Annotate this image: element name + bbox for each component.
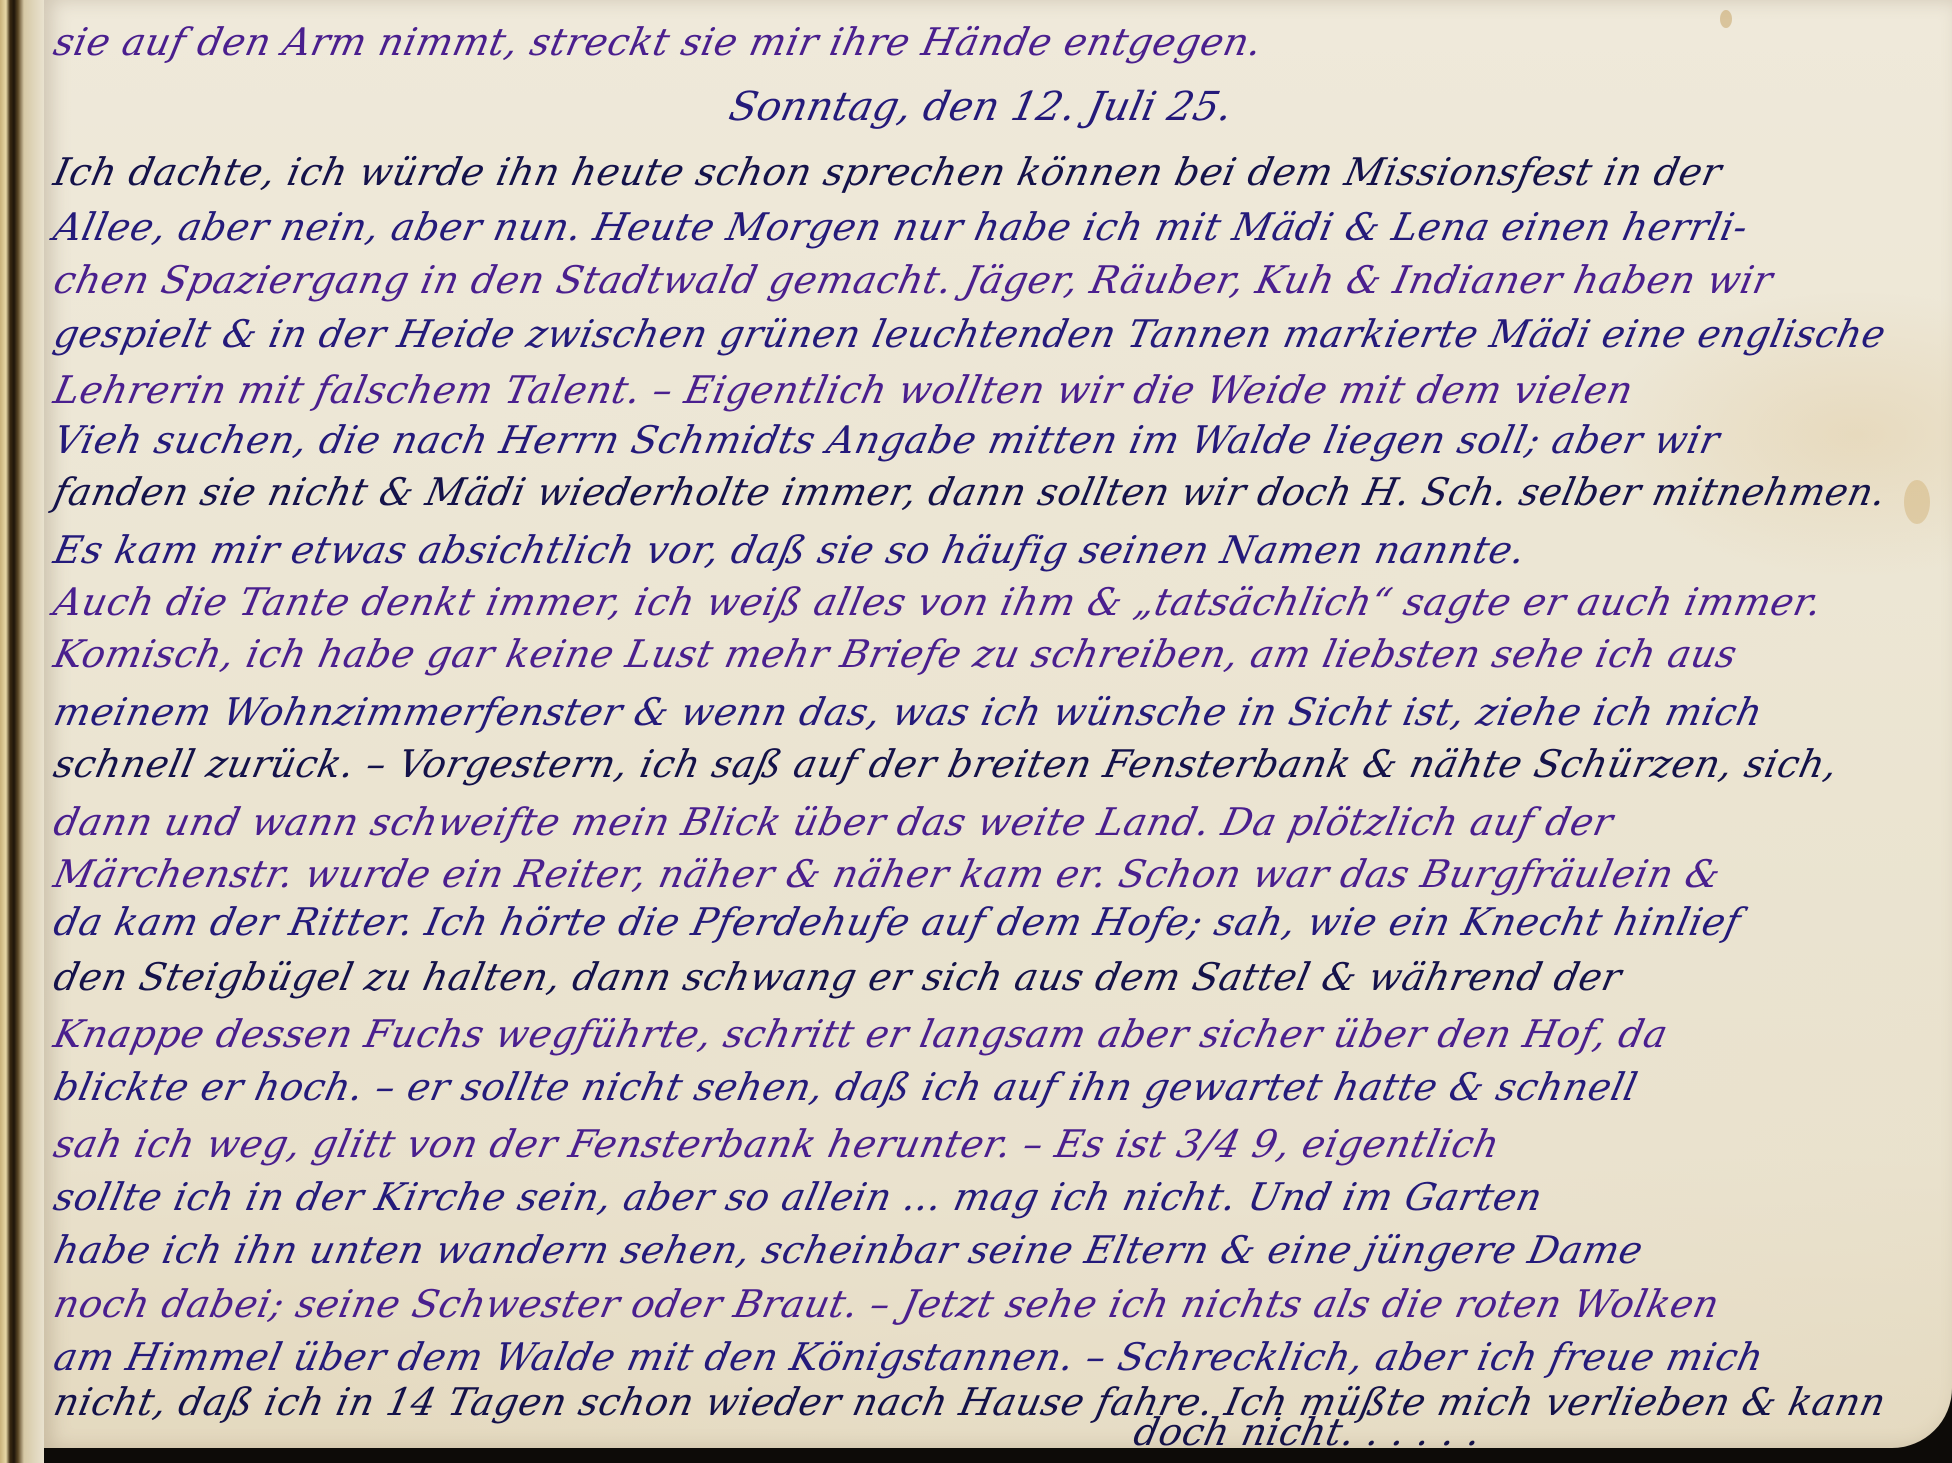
- diary-line: Vieh suchen, die nach Herrn Schmidts Ang…: [50, 418, 1724, 462]
- diary-line: nicht, daß ich in 14 Tagen schon wieder …: [50, 1380, 1890, 1424]
- diary-line: schnell zurück. – Vorgestern, ich saß au…: [50, 742, 1842, 786]
- diary-line: Komisch, ich habe gar keine Lust mehr Br…: [50, 632, 1741, 676]
- book-binding-edge: [0, 0, 44, 1463]
- diary-line: chen Spaziergang in den Stadtwald gemach…: [50, 258, 1777, 302]
- diary-line: Knappe dessen Fuchs wegführte, schritt e…: [50, 1012, 1672, 1056]
- diary-line: Lehrerin mit falschem Talent. – Eigentli…: [50, 368, 1637, 412]
- diary-line: fanden sie nicht & Mädi wiederholte imme…: [50, 470, 1890, 514]
- diary-line: Auch die Tante denkt immer, ich weiß all…: [50, 580, 1826, 624]
- diary-line: meinem Wohnzimmerfenster & wenn das, was…: [50, 690, 1767, 734]
- diary-line: am Himmel über dem Walde mit den Königst…: [50, 1335, 1768, 1379]
- diary-line: Märchenstr. wurde ein Reiter, näher & nä…: [50, 852, 1725, 896]
- diary-line: blickte er hoch. – er sollte nicht sehen…: [50, 1065, 1642, 1109]
- diary-line: habe ich ihn unten wandern sehen, schein…: [50, 1228, 1647, 1272]
- diary-line: sah ich weg, glitt von der Fensterbank h…: [50, 1122, 1504, 1166]
- diary-line: noch dabei; seine Schwester oder Braut. …: [50, 1282, 1723, 1326]
- entry-date-heading: Sonntag, den 12. Juli 25.: [725, 84, 1237, 130]
- diary-line: gespielt & in der Heide zwischen grünen …: [50, 312, 1890, 356]
- diary-line: doch nicht. . . . . .: [1130, 1410, 1485, 1454]
- diary-line: Es kam mir etwas absichtlich vor, daß si…: [50, 528, 1530, 572]
- diary-line: da kam der Ritter. Ich hörte die Pferdeh…: [50, 900, 1745, 944]
- diary-line: den Steigbügel zu halten, dann schwang e…: [50, 955, 1626, 999]
- paper-stain: [1720, 10, 1732, 28]
- carryover-line: sie auf den Arm nimmt, streckt sie mir i…: [50, 20, 1266, 64]
- diary-line: Allee, aber nein, aber nun. Heute Morgen…: [50, 205, 1752, 249]
- scanned-page: sie auf den Arm nimmt, streckt sie mir i…: [0, 0, 1952, 1463]
- diary-line: sollte ich in der Kirche sein, aber so a…: [50, 1175, 1547, 1219]
- diary-line: Ich dachte, ich würde ihn heute schon sp…: [50, 150, 1726, 194]
- paper-stain: [1904, 480, 1930, 524]
- diary-line: dann und wann schweifte mein Blick über …: [50, 800, 1617, 844]
